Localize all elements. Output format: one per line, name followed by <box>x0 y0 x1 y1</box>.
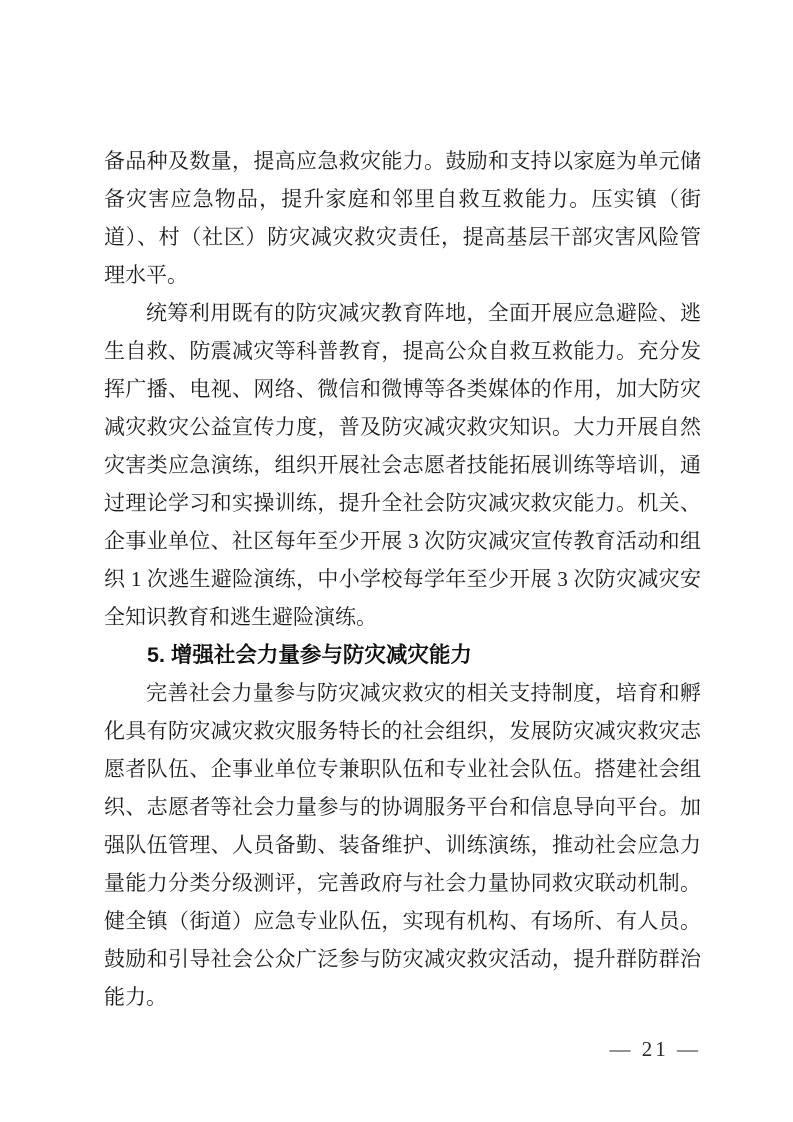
page-number: — 21 — <box>610 1034 702 1064</box>
body-paragraph-social-forces: 完善社会力量参与防灾减灾救灾的相关支持制度，培育和孵化具有防灾减灾救灾服务特长的… <box>104 674 701 1016</box>
section-heading-5: 5. 增强社会力量参与防灾减灾能力 <box>104 636 701 674</box>
document-body: 备品种及数量，提高应急救灾能力。鼓励和支持以家庭为单元储备灾害应急物品，提升家庭… <box>104 142 701 1016</box>
body-paragraph-education: 统筹利用既有的防灾减灾教育阵地，全面开展应急避险、逃生自救、防震减灾等科普教育，… <box>104 294 701 636</box>
document-page: 备品种及数量，提高应急救灾能力。鼓励和支持以家庭为单元储备灾害应急物品，提升家庭… <box>0 0 793 1122</box>
paragraph-continuation: 备品种及数量，提高应急救灾能力。鼓励和支持以家庭为单元储备灾害应急物品，提升家庭… <box>104 142 701 294</box>
